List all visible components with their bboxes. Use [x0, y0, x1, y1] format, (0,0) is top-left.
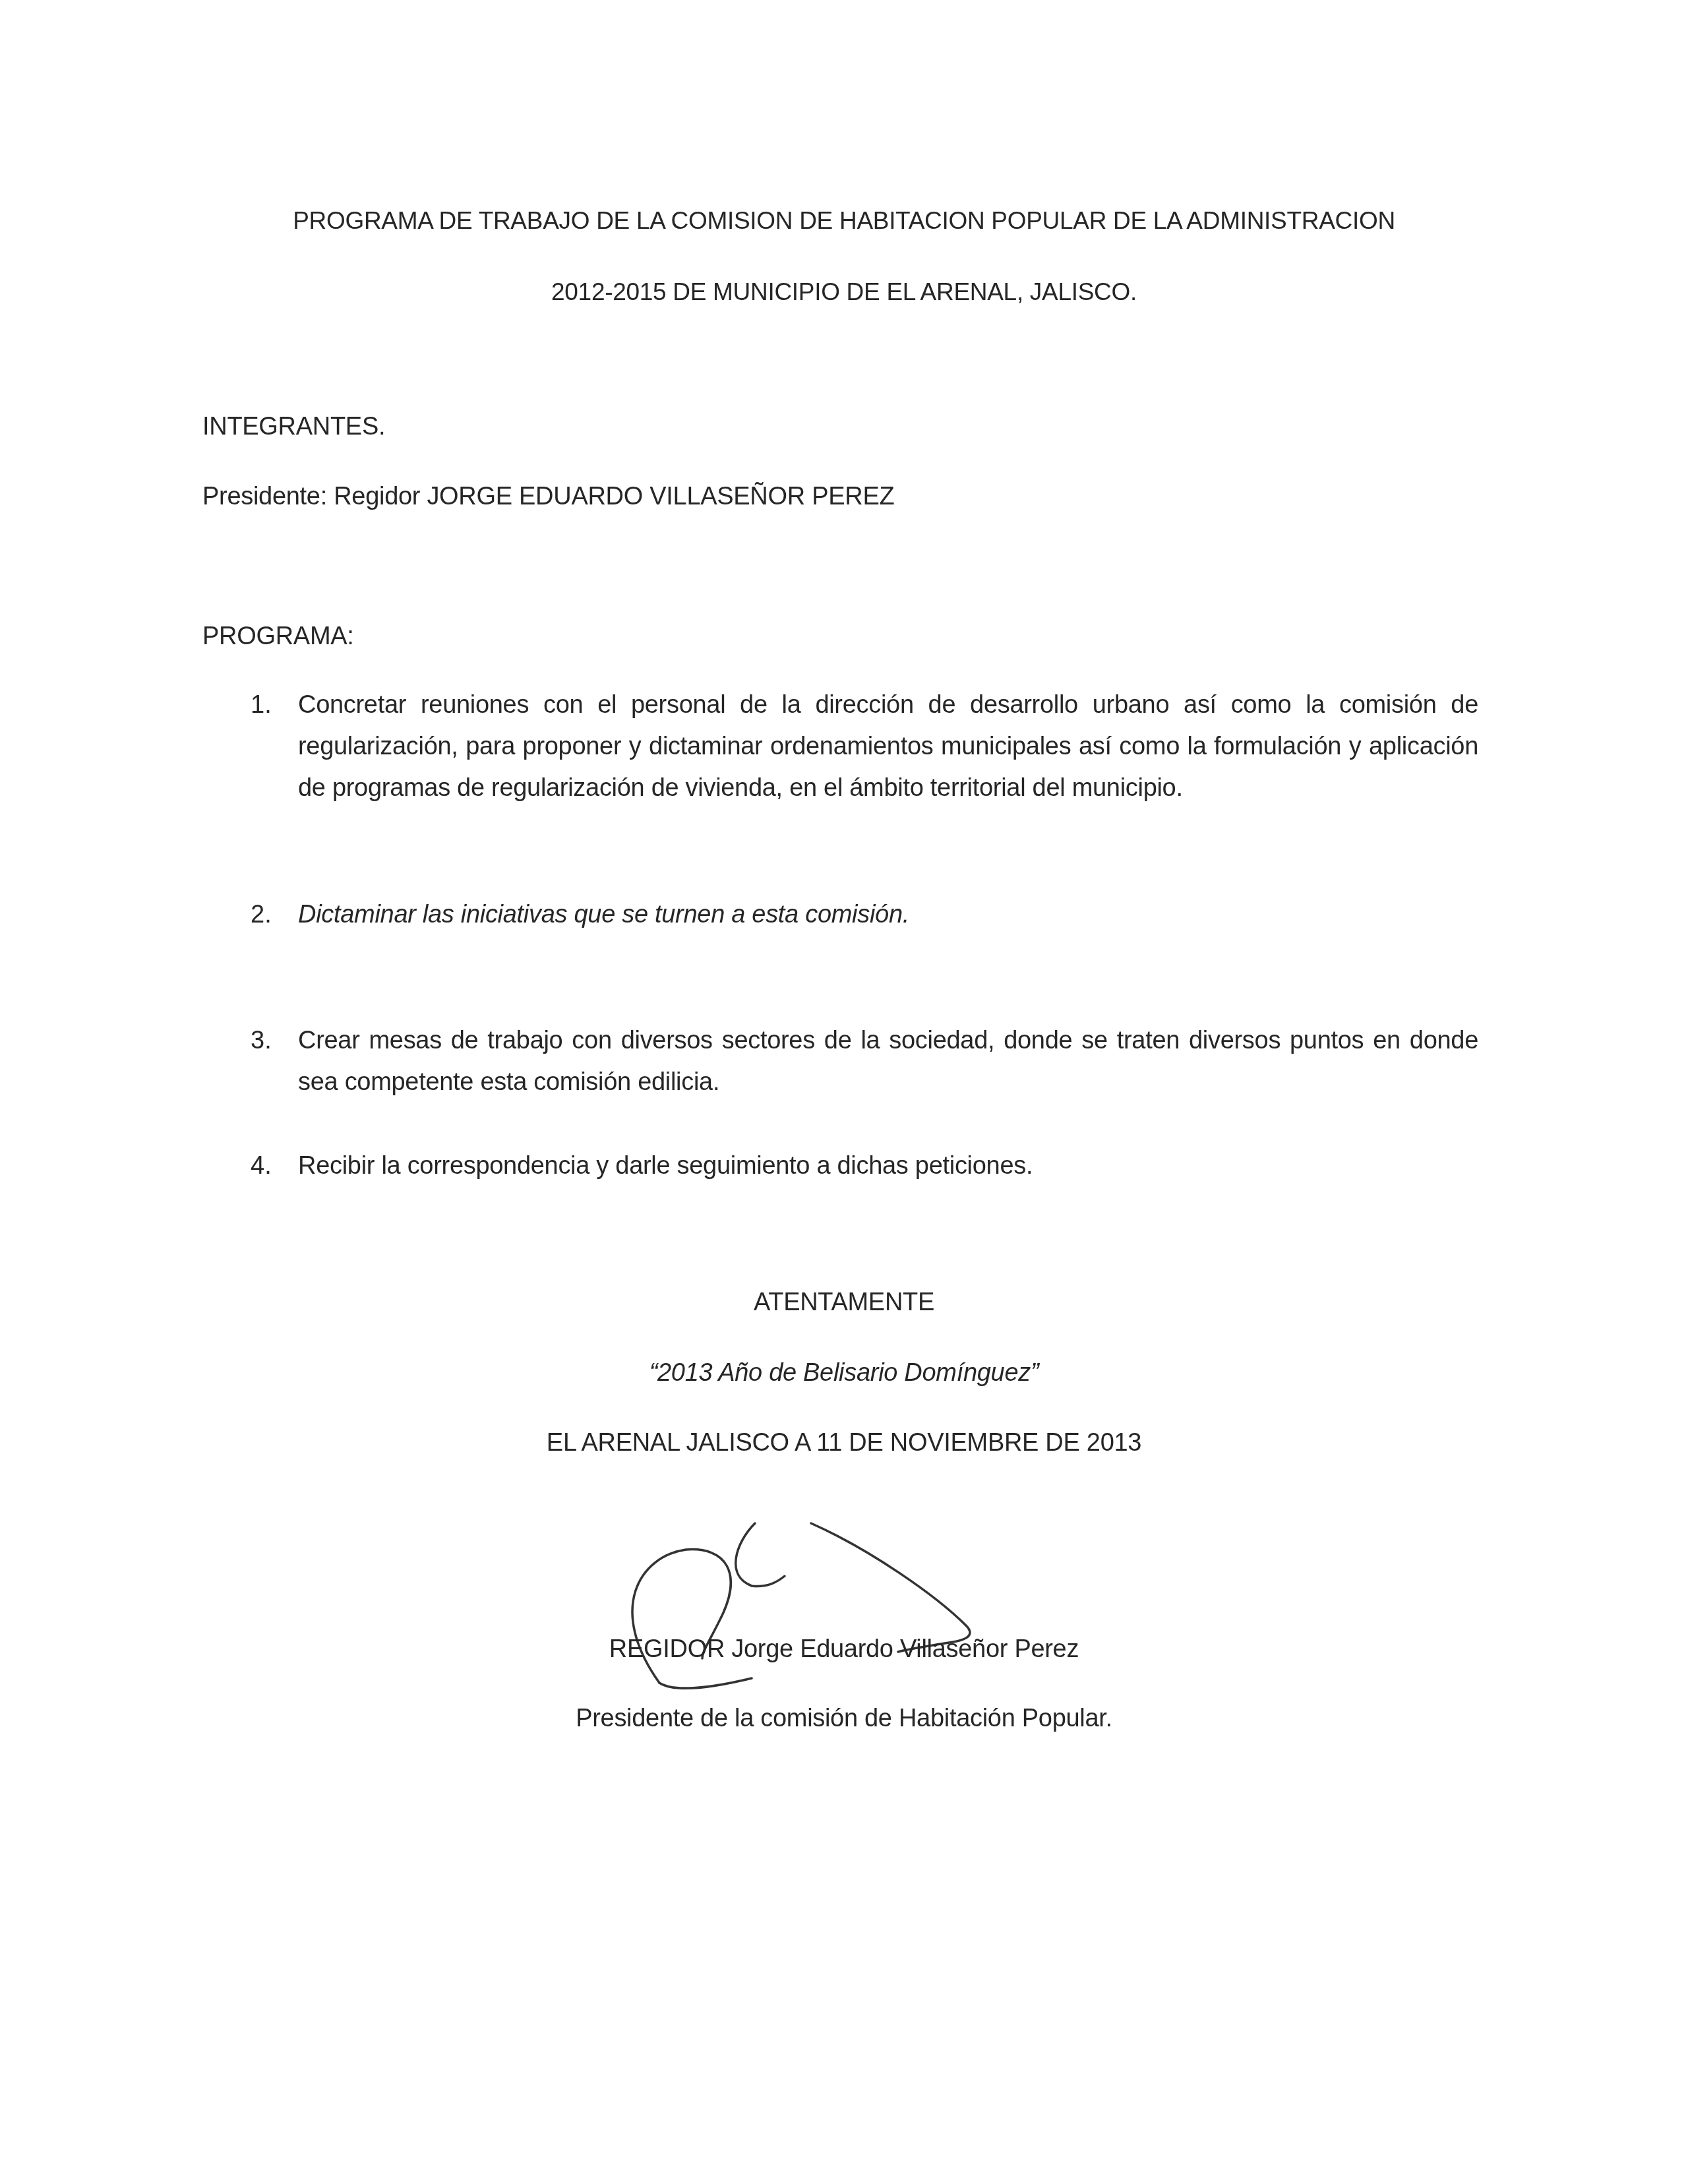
list-item-number: 4.	[251, 1151, 272, 1181]
list-item-text: Crear mesas de trabajo con diversos sect…	[298, 1020, 1478, 1103]
list-item-number: 1.	[251, 690, 272, 720]
list-item-number: 3.	[251, 1025, 272, 1056]
list-item-text: Concretar reuniones con el personal de l…	[298, 684, 1478, 809]
place-and-date: EL ARENAL JALISCO A 11 DE NOVIEMBRE DE 2…	[0, 1428, 1688, 1458]
closing-salutation: ATENTAMENTE	[0, 1287, 1688, 1318]
signer-name: REGIDOR Jorge Eduardo Villaseñor Perez	[0, 1634, 1688, 1664]
list-item-text: Dictaminar las iniciativas que se turnen…	[298, 894, 1478, 936]
list-item-number: 2.	[251, 899, 272, 930]
presidente-line: Presidente: Regidor JORGE EDUARDO VILLAS…	[202, 481, 894, 512]
list-item-text: Recibir la correspondencia y darle segui…	[298, 1145, 1478, 1187]
integrantes-heading: INTEGRANTES.	[202, 411, 385, 442]
document-title-line-1: PROGRAMA DE TRABAJO DE LA COMISION DE HA…	[0, 206, 1688, 236]
signer-role: Presidente de la comisión de Habitación …	[0, 1703, 1688, 1734]
signature-icon	[593, 1510, 1095, 1708]
closing-motto: “2013 Año de Belisario Domínguez”	[0, 1358, 1688, 1388]
programa-heading: PROGRAMA:	[202, 621, 354, 652]
document-title-line-2: 2012-2015 DE MUNICIPIO DE EL ARENAL, JAL…	[0, 277, 1688, 307]
